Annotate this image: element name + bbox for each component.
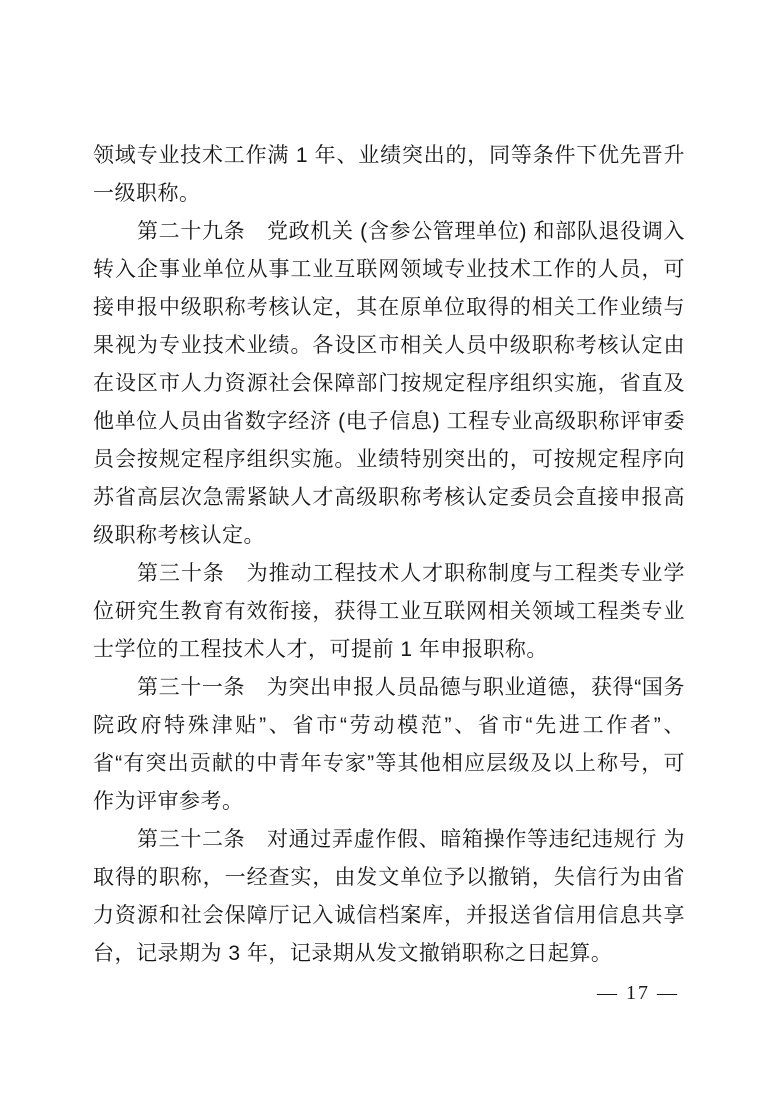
text-line: 第三十二条 对通过弄虚作假、暗箱操作等违纪违规行 为 xyxy=(93,821,685,859)
text-line: 第三十条 为推动工程技术人才职称制度与工程类专业学 xyxy=(93,555,685,593)
text-line: 位研究生教育有效衔接，获得工业互联网相关领域工程类专业硕 xyxy=(93,593,685,631)
text-line: 苏省高层次急需紧缺人才高级职称考核认定委员会直接申报高 xyxy=(93,479,685,517)
text-line: 转入企事业单位从事工业互联网领域专业技术工作的人员，可直 xyxy=(93,251,685,289)
text-line: 他单位人员由省数字经济 (电子信息) 工程专业高级职称评审委 xyxy=(93,403,685,441)
text-line: 省“有突出贡献的中青年专家”等其他相应层级及以上称号，可 xyxy=(93,745,685,783)
text-line: 一级职称。 xyxy=(93,175,685,213)
text-line: 第二十九条 党政机关 (含参公管理单位) 和部队退役调入 xyxy=(93,213,685,251)
text-line: 取得的职称，一经查实，由发文单位予以撤销，失信行为由省人 xyxy=(93,859,685,897)
text-line: 果视为专业技术业绩。各设区市相关人员中级职称考核认定由所 xyxy=(93,327,685,365)
text-line: 台，记录期为 3 年，记录期从发文撤销职称之日起算。 xyxy=(93,935,685,973)
text-line: 第三十一条 为突出申报人员品德与职业道德，获得“国务 xyxy=(93,669,685,707)
text-line: 级职称考核认定。 xyxy=(93,517,685,555)
text-line: 接申报中级职称考核认定，其在原单位取得的相关工作业绩与成 xyxy=(93,289,685,327)
text-line: 作为评审参考。 xyxy=(93,783,685,821)
text-line: 士学位的工程技术人才，可提前 1 年申报职称。 xyxy=(93,631,685,669)
text-line: 员会按规定程序组织实施。业绩特别突出的，可按规定程序向江 xyxy=(93,441,685,479)
document-text: 领域专业技术工作满 1 年、业绩突出的，同等条件下优先晋升高一级职称。第二十九条… xyxy=(93,137,685,973)
text-line: 院政府特殊津贴”、省市“劳动模范”、省市“先进工作者”、 xyxy=(93,707,685,745)
page-number: — 17 — xyxy=(597,982,679,1005)
text-line: 领域专业技术工作满 1 年、业绩突出的，同等条件下优先晋升高 xyxy=(93,137,685,175)
document-page: 领域专业技术工作满 1 年、业绩突出的，同等条件下优先晋升高一级职称。第二十九条… xyxy=(0,0,777,1099)
text-line: 力资源和社会保障厅记入诚信档案库，并报送省信用信息共享平 xyxy=(93,897,685,935)
text-line: 在设区市人力资源社会保障部门按规定程序组织实施，省直及其 xyxy=(93,365,685,403)
